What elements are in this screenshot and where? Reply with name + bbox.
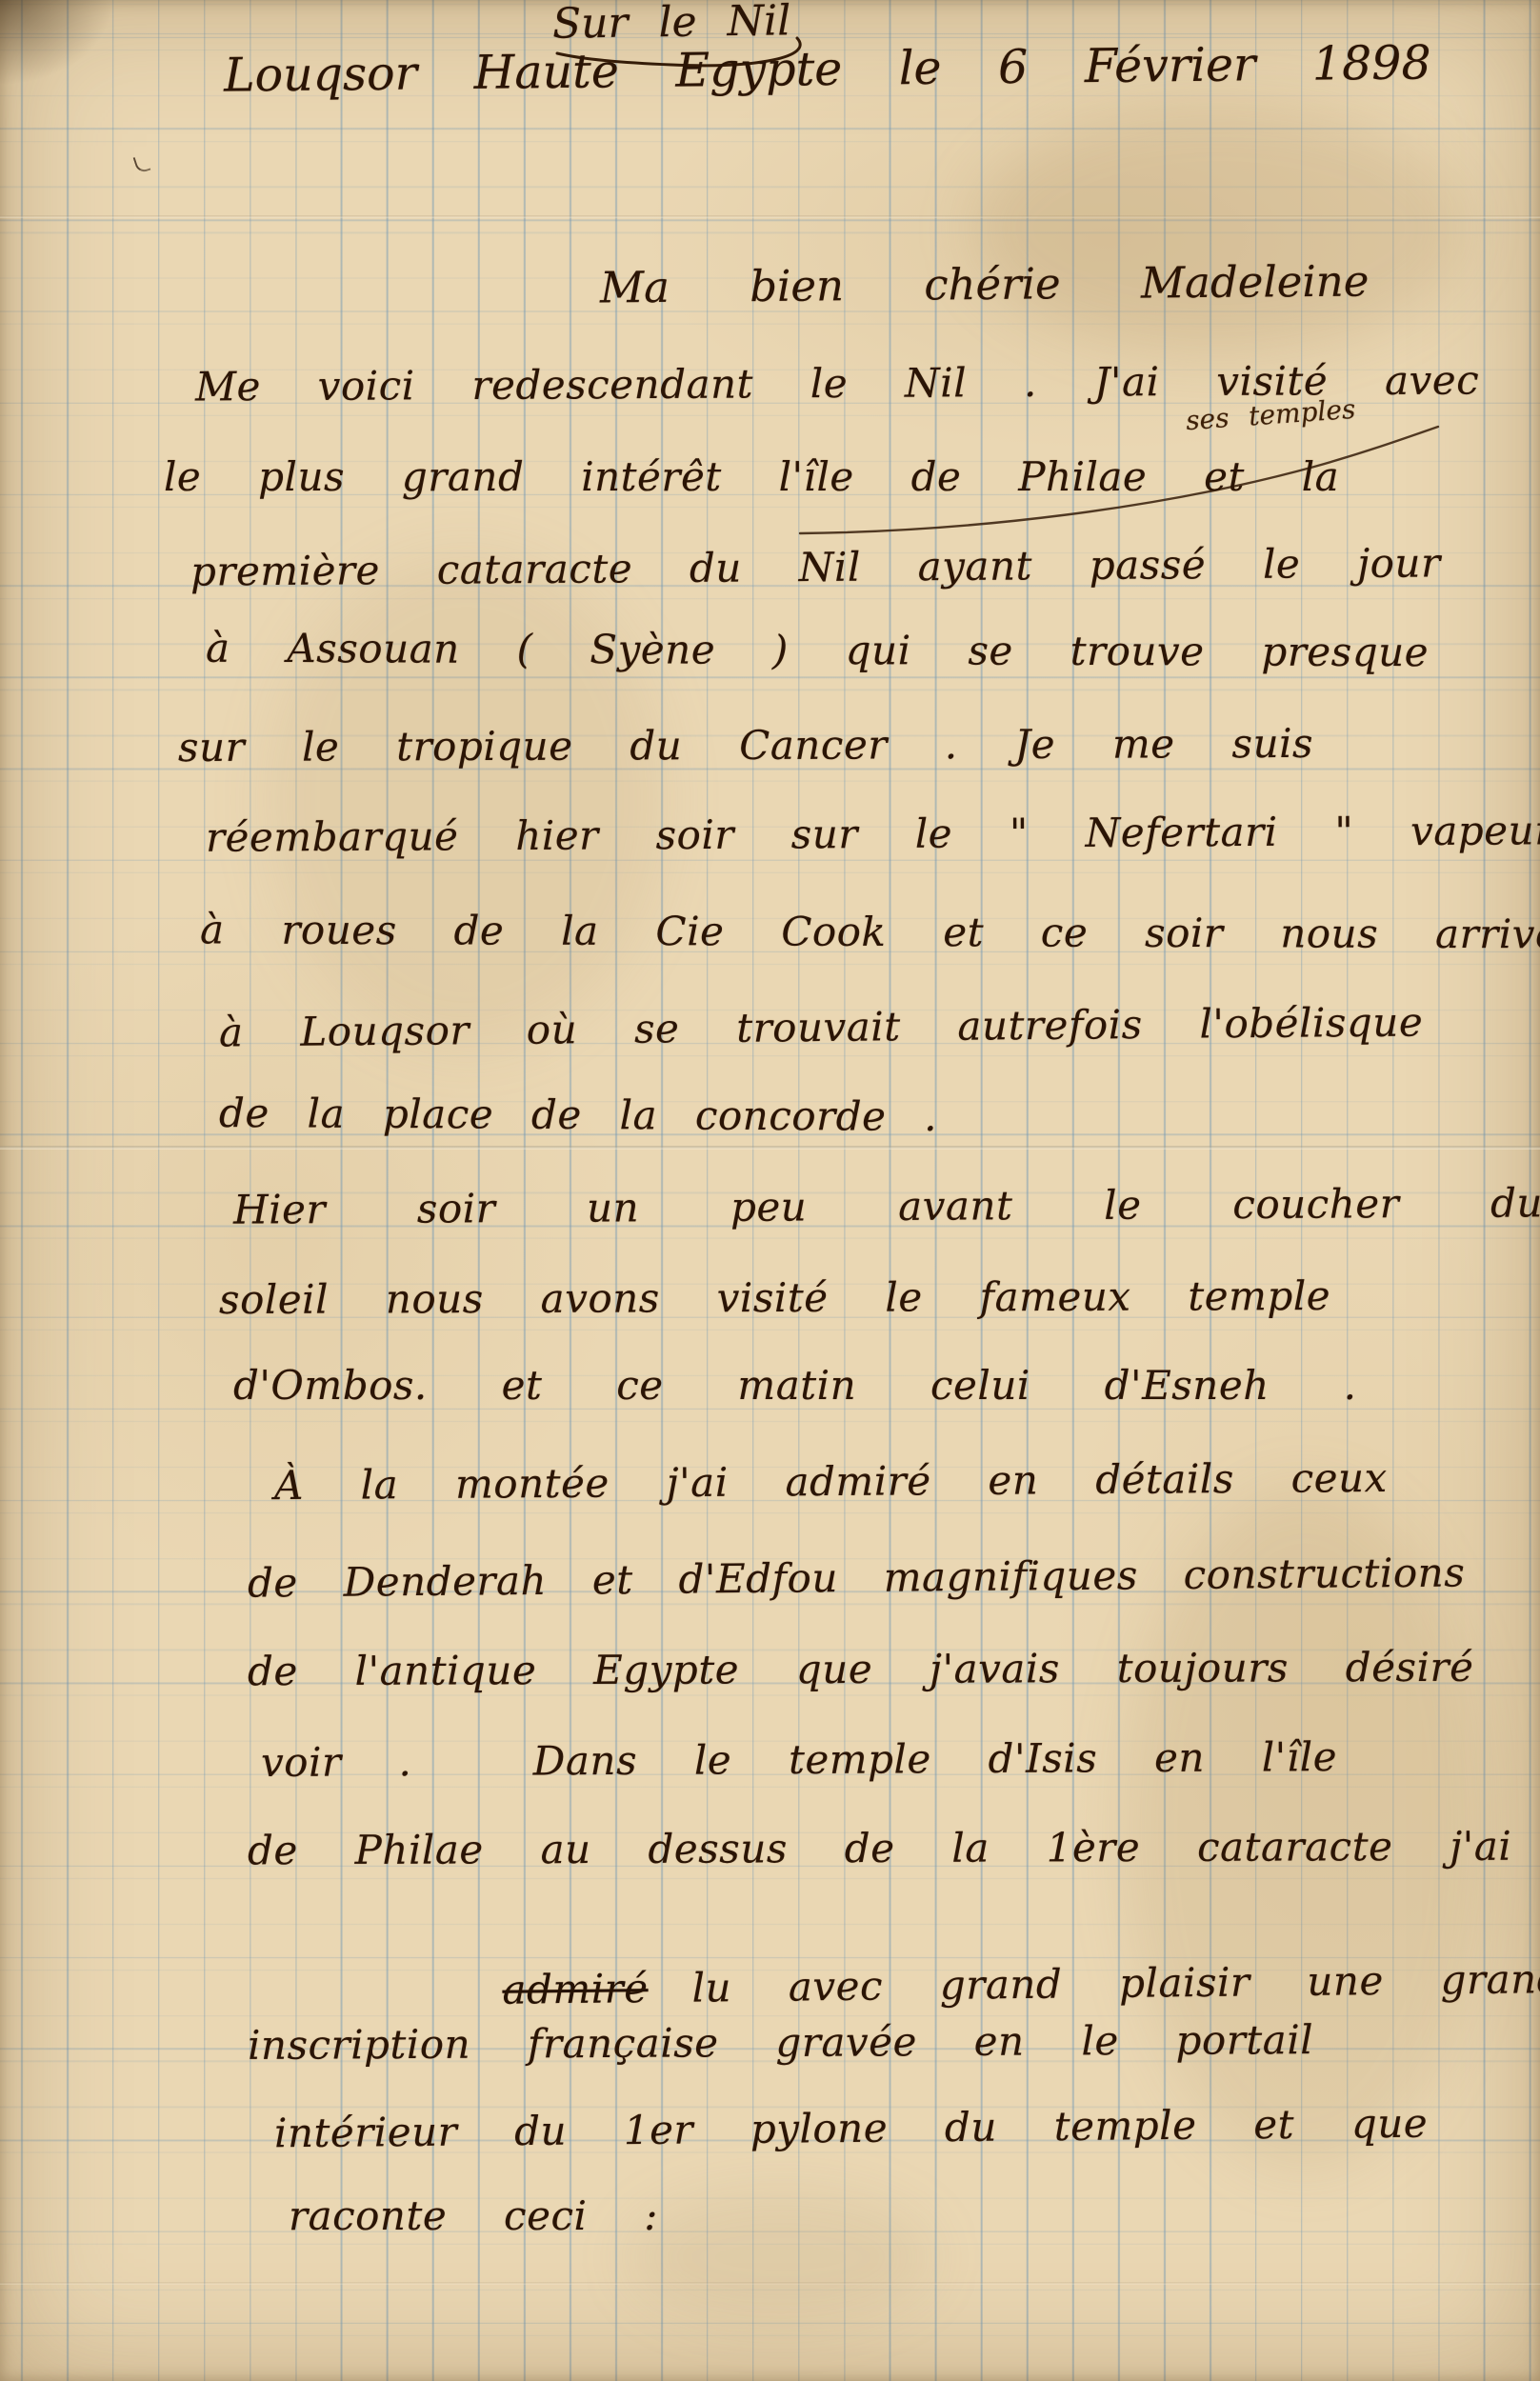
- paper-crease-top: [0, 215, 1540, 218]
- struck-word: admiré: [502, 1965, 649, 2013]
- stray-ink-mark: [133, 153, 151, 173]
- body-line-21: raconte ceci :: [289, 2196, 658, 2236]
- body-line-10: Hier soir un peu avant le coucher du: [233, 1183, 1540, 1230]
- paper-stain: [629, 2191, 933, 2324]
- body-line-2: le plus grand intérêt l'île de Philae et…: [164, 457, 1339, 497]
- body-line-19: inscription française gravée en le porta…: [248, 2020, 1313, 2066]
- paper-crease-bottom: [0, 2282, 1540, 2285]
- body-line-9: de la place de la concorde .: [219, 1093, 937, 1137]
- body-line-1: Me voici redescendant le Nil . J'ai visi…: [195, 360, 1479, 407]
- paper-stain: [971, 105, 1467, 352]
- body-line-20: intérieur du 1er pylone du temple et que: [274, 2104, 1429, 2154]
- letter-dateline: Louqsor Haute Egypte le 6 Février 1898: [224, 39, 1431, 98]
- body-line-16: voir . Dans le temple d'Isis en l'île: [261, 1737, 1337, 1783]
- body-line-7: à roues de la Cie Cook et ce soir nous a…: [200, 910, 1540, 954]
- body-line-6: réembarqué hier soir sur le " Nefertari …: [206, 810, 1540, 857]
- body-line-13: À la montée j'ai admiré en détails ceux: [274, 1458, 1388, 1506]
- body-line-11: soleil nous avons visité le fameux templ…: [219, 1276, 1330, 1320]
- paper-crease-middle: [0, 1146, 1540, 1150]
- letter-salutation: Ma bien chérie Madeleine: [600, 259, 1370, 309]
- body-line-8: à Louqsor où se trouvait autrefois l'obé…: [219, 1002, 1424, 1052]
- body-line-14: de Denderah et d'Edfou magnifiques const…: [248, 1552, 1466, 1603]
- body-line-17: de Philae au dessus de la 1ère cataracte…: [248, 1827, 1511, 1871]
- body-line-4: à Assouan ( Syène ) qui se trouve presqu…: [206, 629, 1429, 672]
- body-line-15: de l'antique Egypte que j'avais toujours…: [248, 1648, 1474, 1691]
- body-line-12: d'Ombos. et ce matin celui d'Esneh .: [233, 1366, 1356, 1406]
- corner-shadow: [0, 0, 114, 86]
- letter-page: Sur le Nil Louqsor Haute Egypte le 6 Fév…: [0, 0, 1540, 2381]
- body-line-5: sur le tropique du Cancer . Je me suis: [178, 724, 1313, 768]
- body-line-18-text: lu avec grand plaisir une grande: [691, 1955, 1540, 2011]
- body-line-3: première cataracte du Nil ayant passé le…: [190, 543, 1441, 591]
